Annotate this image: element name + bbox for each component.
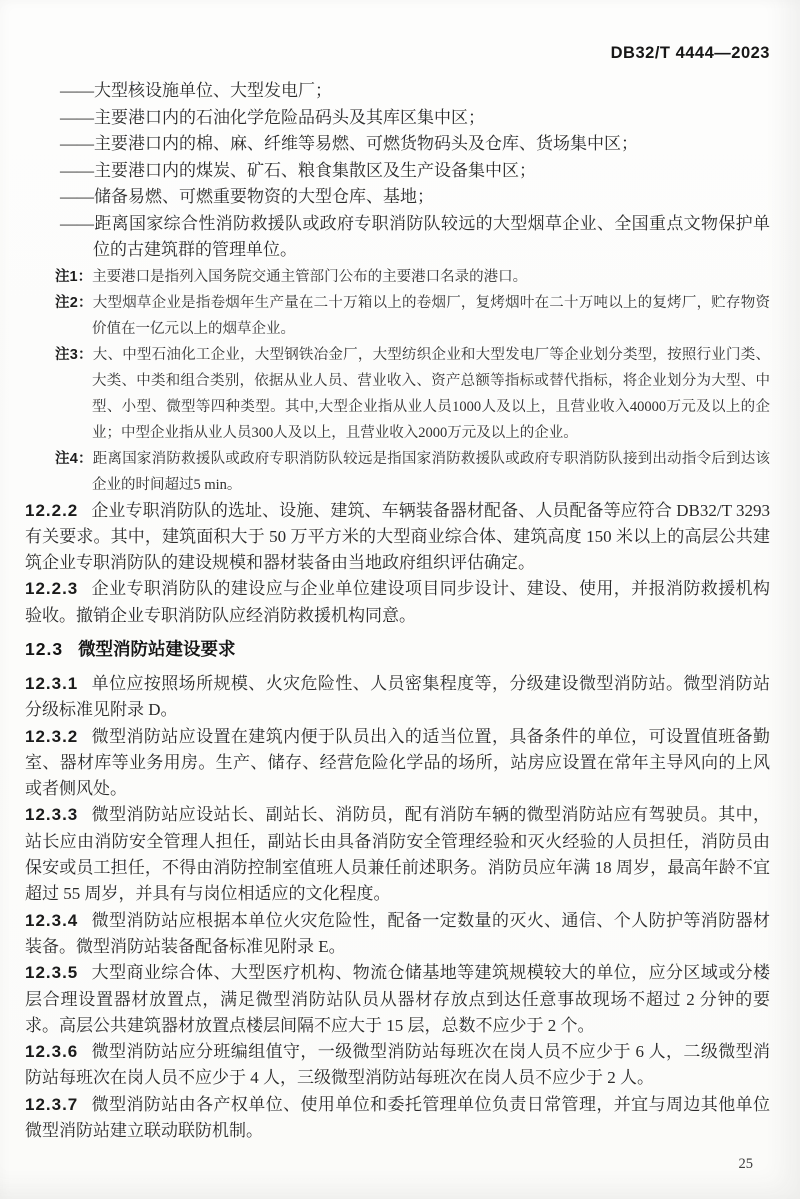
clause-12-3-7: 12.3.7微型消防站由各产权单位、使用单位和委托管理单位负责日常管理，并宜与周… bbox=[25, 1092, 770, 1145]
clause-text: 微型消防站应设站长、副站长、消防员，配有消防车辆的微型消防站应有驾驶员。其中，站… bbox=[25, 805, 770, 903]
clause-number: 12.3.4 bbox=[25, 911, 78, 930]
note-2: 注2：大型烟草企业是指卷烟年生产量在二十万箱以上的卷烟厂，复烤烟叶在二十万吨以上… bbox=[25, 290, 770, 342]
clause-number: 12.3.5 bbox=[25, 963, 78, 982]
clause-text: 微型消防站应设置在建筑内便于队员出入的适当位置，具备条件的单位，可设置值班备勤室… bbox=[25, 727, 770, 799]
note-text: 主要港口是指列入国务院交通主管部门公布的主要港口名录的港口。 bbox=[92, 269, 527, 285]
clause-12-2-2: 12.2.2企业专职消防队的选址、设施、建筑、车辆装备器材配备、人员配备等应符合… bbox=[25, 498, 770, 577]
note-4: 注4：距离国家消防救援队或政府专职消防队较远是指国家消防救援队或政府专职消防队接… bbox=[25, 446, 770, 498]
note-label: 注1： bbox=[55, 269, 92, 285]
clause-text: 微型消防站应根据本单位火灾危险性，配备一定数量的灭火、通信、个人防护等消防器材装… bbox=[25, 911, 770, 956]
page-number: 25 bbox=[739, 1156, 754, 1173]
dash-item: ——大型核设施单位、大型发电厂； bbox=[25, 78, 770, 105]
dash-item: ——储备易燃、可燃重要物资的大型仓库、基地； bbox=[25, 184, 770, 211]
clause-number: 12.3.6 bbox=[25, 1042, 78, 1061]
clause-text: 企业专职消防队的选址、设施、建筑、车辆装备器材配备、人员配备等应符合 DB32/… bbox=[25, 501, 770, 573]
note-label: 注3： bbox=[55, 347, 93, 363]
clause-text: 大型商业综合体、大型医疗机构、物流仓储基地等建筑规模较大的单位，应分区域或分楼层… bbox=[25, 963, 770, 1035]
page-content: ——大型核设施单位、大型发电厂； ——主要港口内的石油化学危险品码头及其库区集中… bbox=[25, 78, 770, 1144]
dash-item: ——距离国家综合性消防救援队或政府专职消防队较远的大型烟草企业、全国重点文物保护… bbox=[25, 211, 770, 264]
clause-12-3-3: 12.3.3微型消防站应设站长、副站长、消防员，配有消防车辆的微型消防站应有驾驶… bbox=[25, 802, 770, 907]
note-3: 注3：大、中型石油化工企业，大型钢铁冶金厂，大型纺织企业和大型发电厂等企业划分类… bbox=[25, 342, 770, 446]
dash-item: ——主要港口内的煤炭、矿石、粮食集散区及生产设备集中区； bbox=[25, 158, 770, 185]
clause-number: 12.3.2 bbox=[25, 727, 78, 746]
clause-number: 12.2.3 bbox=[25, 579, 78, 598]
note-text: 距离国家消防救援队或政府专职消防队较远是指国家消防救援队或政府专职消防队接到出动… bbox=[92, 451, 770, 493]
document-page: DB32/T 4444—2023 ——大型核设施单位、大型发电厂； ——主要港口… bbox=[0, 0, 800, 1199]
note-1: 注1：主要港口是指列入国务院交通主管部门公布的主要港口名录的港口。 bbox=[25, 264, 770, 290]
clause-text: 微型消防站由各产权单位、使用单位和委托管理单位负责日常管理，并宜与周边其他单位微… bbox=[25, 1095, 770, 1140]
dash-item: ——主要港口内的棉、麻、纤维等易燃、可燃货物码头及仓库、货场集中区； bbox=[25, 131, 770, 158]
clause-text: 单位应按照场所规模、火灾危险性、人员密集程度等，分级建设微型消防站。微型消防站分… bbox=[25, 674, 770, 719]
note-label: 注4： bbox=[55, 451, 93, 467]
section-heading-12-3: 12.3微型消防站建设要求 bbox=[25, 636, 770, 663]
dash-item: ——主要港口内的石油化学危险品码头及其库区集中区； bbox=[25, 105, 770, 132]
standard-number-header: DB32/T 4444—2023 bbox=[611, 44, 770, 63]
note-text: 大型烟草企业是指卷烟年生产量在二十万箱以上的卷烟厂，复烤烟叶在二十万吨以上的复烤… bbox=[92, 295, 770, 337]
notes-block: 注1：主要港口是指列入国务院交通主管部门公布的主要港口名录的港口。 注2：大型烟… bbox=[25, 264, 770, 498]
note-text: 大、中型石油化工企业，大型钢铁冶金厂，大型纺织企业和大型发电厂等企业划分类型，按… bbox=[92, 347, 770, 441]
clause-12-2-3: 12.2.3企业专职消防队的建设应与企业单位建设项目同步设计、建设、使用，并报消… bbox=[25, 576, 770, 629]
note-label: 注2： bbox=[55, 295, 93, 311]
clause-number: 12.3.7 bbox=[25, 1095, 78, 1114]
clause-12-3-2: 12.3.2微型消防站应设置在建筑内便于队员出入的适当位置，具备条件的单位，可设… bbox=[25, 724, 770, 803]
clause-12-3-5: 12.3.5大型商业综合体、大型医疗机构、物流仓储基地等建筑规模较大的单位，应分… bbox=[25, 960, 770, 1039]
clause-number: 12.3.3 bbox=[25, 805, 78, 824]
clause-12-3-1: 12.3.1单位应按照场所规模、火灾危险性、人员密集程度等，分级建设微型消防站。… bbox=[25, 671, 770, 724]
clause-text: 微型消防站应分班编组值守，一级微型消防站每班次在岗人员不应少于 6 人，二级微型… bbox=[25, 1042, 770, 1087]
section-number: 12.3 bbox=[25, 639, 63, 659]
clause-text: 企业专职消防队的建设应与企业单位建设项目同步设计、建设、使用，并报消防救援机构验… bbox=[25, 579, 770, 624]
clause-12-3-4: 12.3.4微型消防站应根据本单位火灾危险性，配备一定数量的灭火、通信、个人防护… bbox=[25, 908, 770, 961]
clause-12-3-6: 12.3.6微型消防站应分班编组值守，一级微型消防站每班次在岗人员不应少于 6 … bbox=[25, 1039, 770, 1092]
section-title: 微型消防站建设要求 bbox=[78, 639, 236, 659]
dash-list: ——大型核设施单位、大型发电厂； ——主要港口内的石油化学危险品码头及其库区集中… bbox=[25, 78, 770, 264]
clause-number: 12.3.1 bbox=[25, 674, 78, 693]
clause-number: 12.2.2 bbox=[25, 501, 78, 520]
